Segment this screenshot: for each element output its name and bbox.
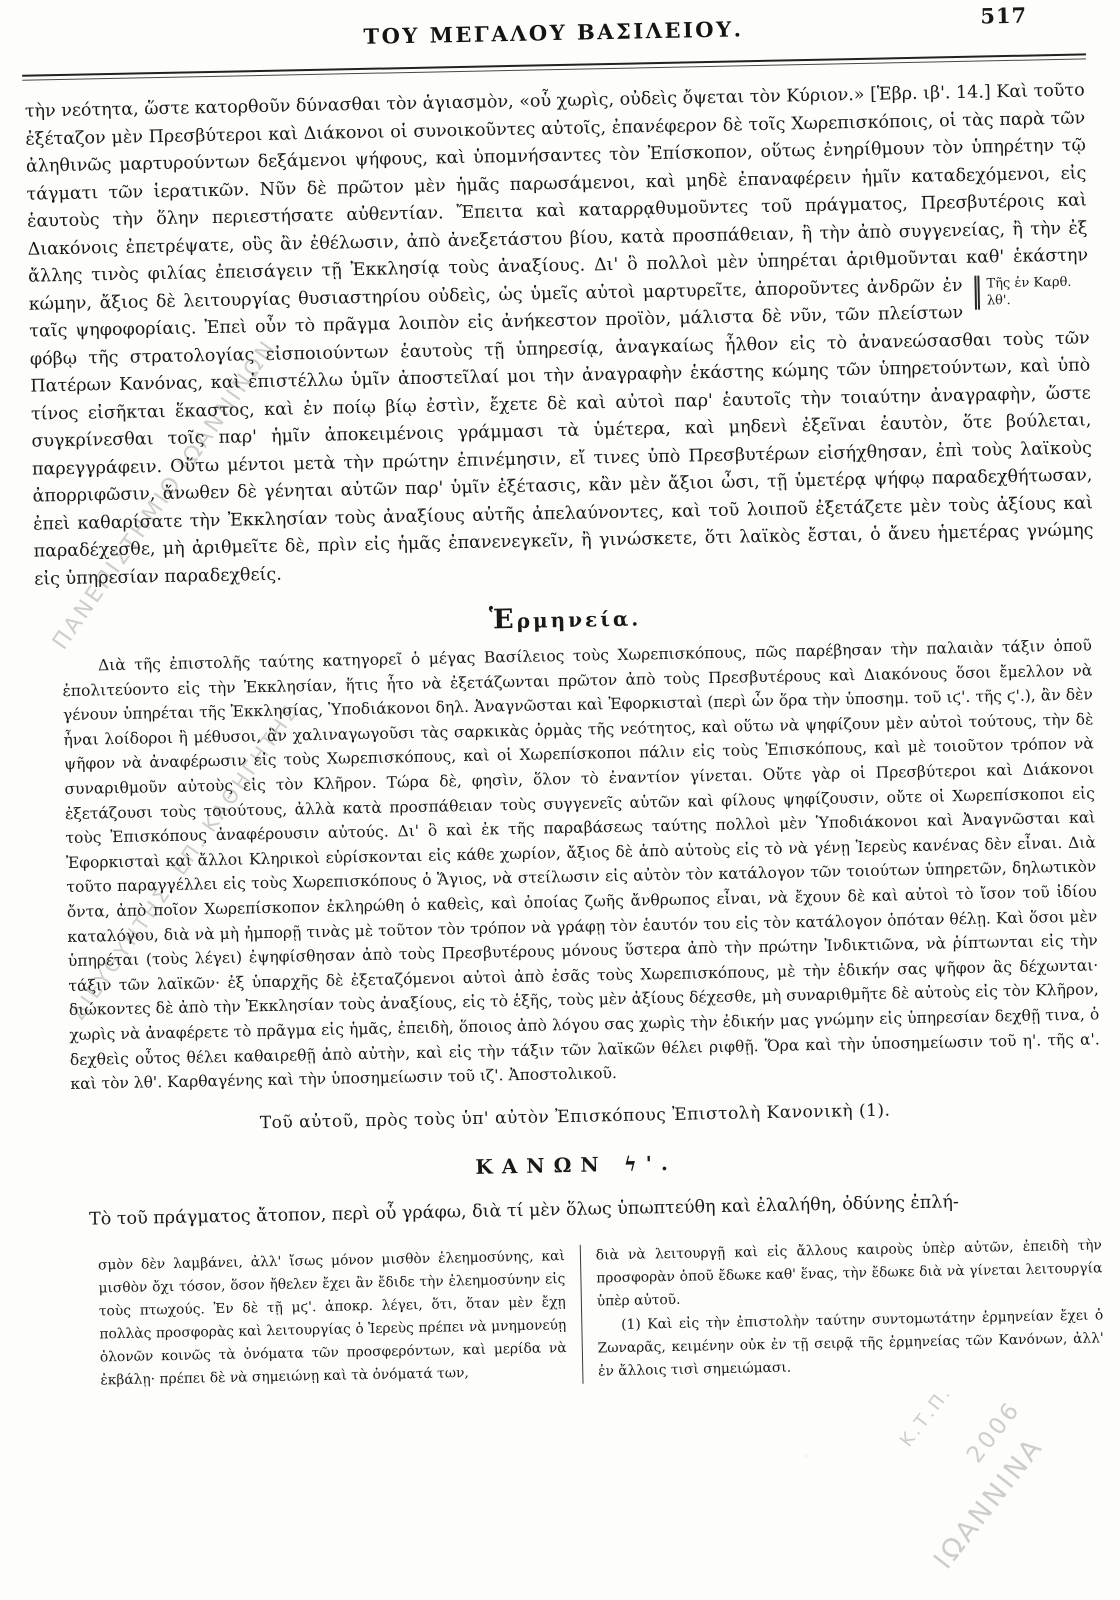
watermark-city: ΙΩΑΝΝΙΝΑ: [928, 1431, 1050, 1575]
kanon-first-line: Τὸ τοῦ πράγματος ἄτοπον, περὶ οὗ γράφω, …: [47, 1186, 1107, 1233]
epistle-title: Τοῦ αὐτοῦ, πρὸς τοὺς ὑπ' αὐτὸν Ἐπισκόπου…: [43, 1096, 1107, 1137]
kanon-heading: ΚΑΝΩΝ ϟ'.: [44, 1142, 1108, 1187]
watermark-year: 2006: [962, 1396, 1026, 1468]
margin-note-line2: λθ'.: [987, 290, 1089, 309]
footnote-1: (1) Καὶ εἰς τὴν ἐπιστολὴν ταύτην συντομω…: [597, 1304, 1104, 1383]
epistle-text-part2: ἄξιος δὲ λειτουργίας θυσιαστηρίου οὐδεὶς…: [29, 275, 1094, 589]
footnote-left-column: σμὸν δὲν λαμβάνει, ἀλλ' ἴσως μόνον μισθὸ…: [98, 1245, 583, 1394]
page-content: ΤΟΥ ΜΕΓΑΛΟΥ ΒΑΣΙΛΕΙΟΥ. 517 τὴν νεότητα, …: [21, 1, 1112, 1394]
page-number: 517: [980, 3, 1027, 29]
running-title: ΤΟΥ ΜΕΓΑΛΟΥ ΒΑΣΙΛΕΙΟΥ.: [21, 1, 1085, 55]
footnotes-section: σμὸν δὲν λαμβάνει, ἀλλ' ἴσως μόνον μισθὸ…: [98, 1234, 1105, 1393]
margin-note-line1: Τῆς ἐν Καρθ.: [986, 273, 1088, 292]
margin-note: Τῆς ἐν Καρθ. λθ'.: [974, 273, 1089, 309]
basil-epistle-text: τὴν νεότητα, ὥστε κατορθοῦν δύνασθαι τὸν…: [25, 77, 1095, 593]
footnote-right-column: διὰ νὰ λειτουργῇ καὶ εἰς ἄλλους καιροὺς …: [580, 1234, 1105, 1383]
book-page-scan: ΠΑΝΕΠΙΣΤΗΜΙΟ ΙΩΑΝΝΙΝΩΝ ΔΙΕΥΘΥΝΤΗΣ: ΕΠ. Κ…: [0, 0, 1120, 1600]
hermeneia-body: Διὰ τῆς ἐπιστολῆς ταύτης κατηγορεῖ ὁ μέγ…: [62, 633, 1101, 1096]
footnote-continuation: διὰ νὰ λειτουργῇ καὶ εἰς ἄλλους καιροὺς …: [596, 1234, 1103, 1313]
watermark-ktp: Κ.Τ.Π.: [896, 1382, 957, 1451]
